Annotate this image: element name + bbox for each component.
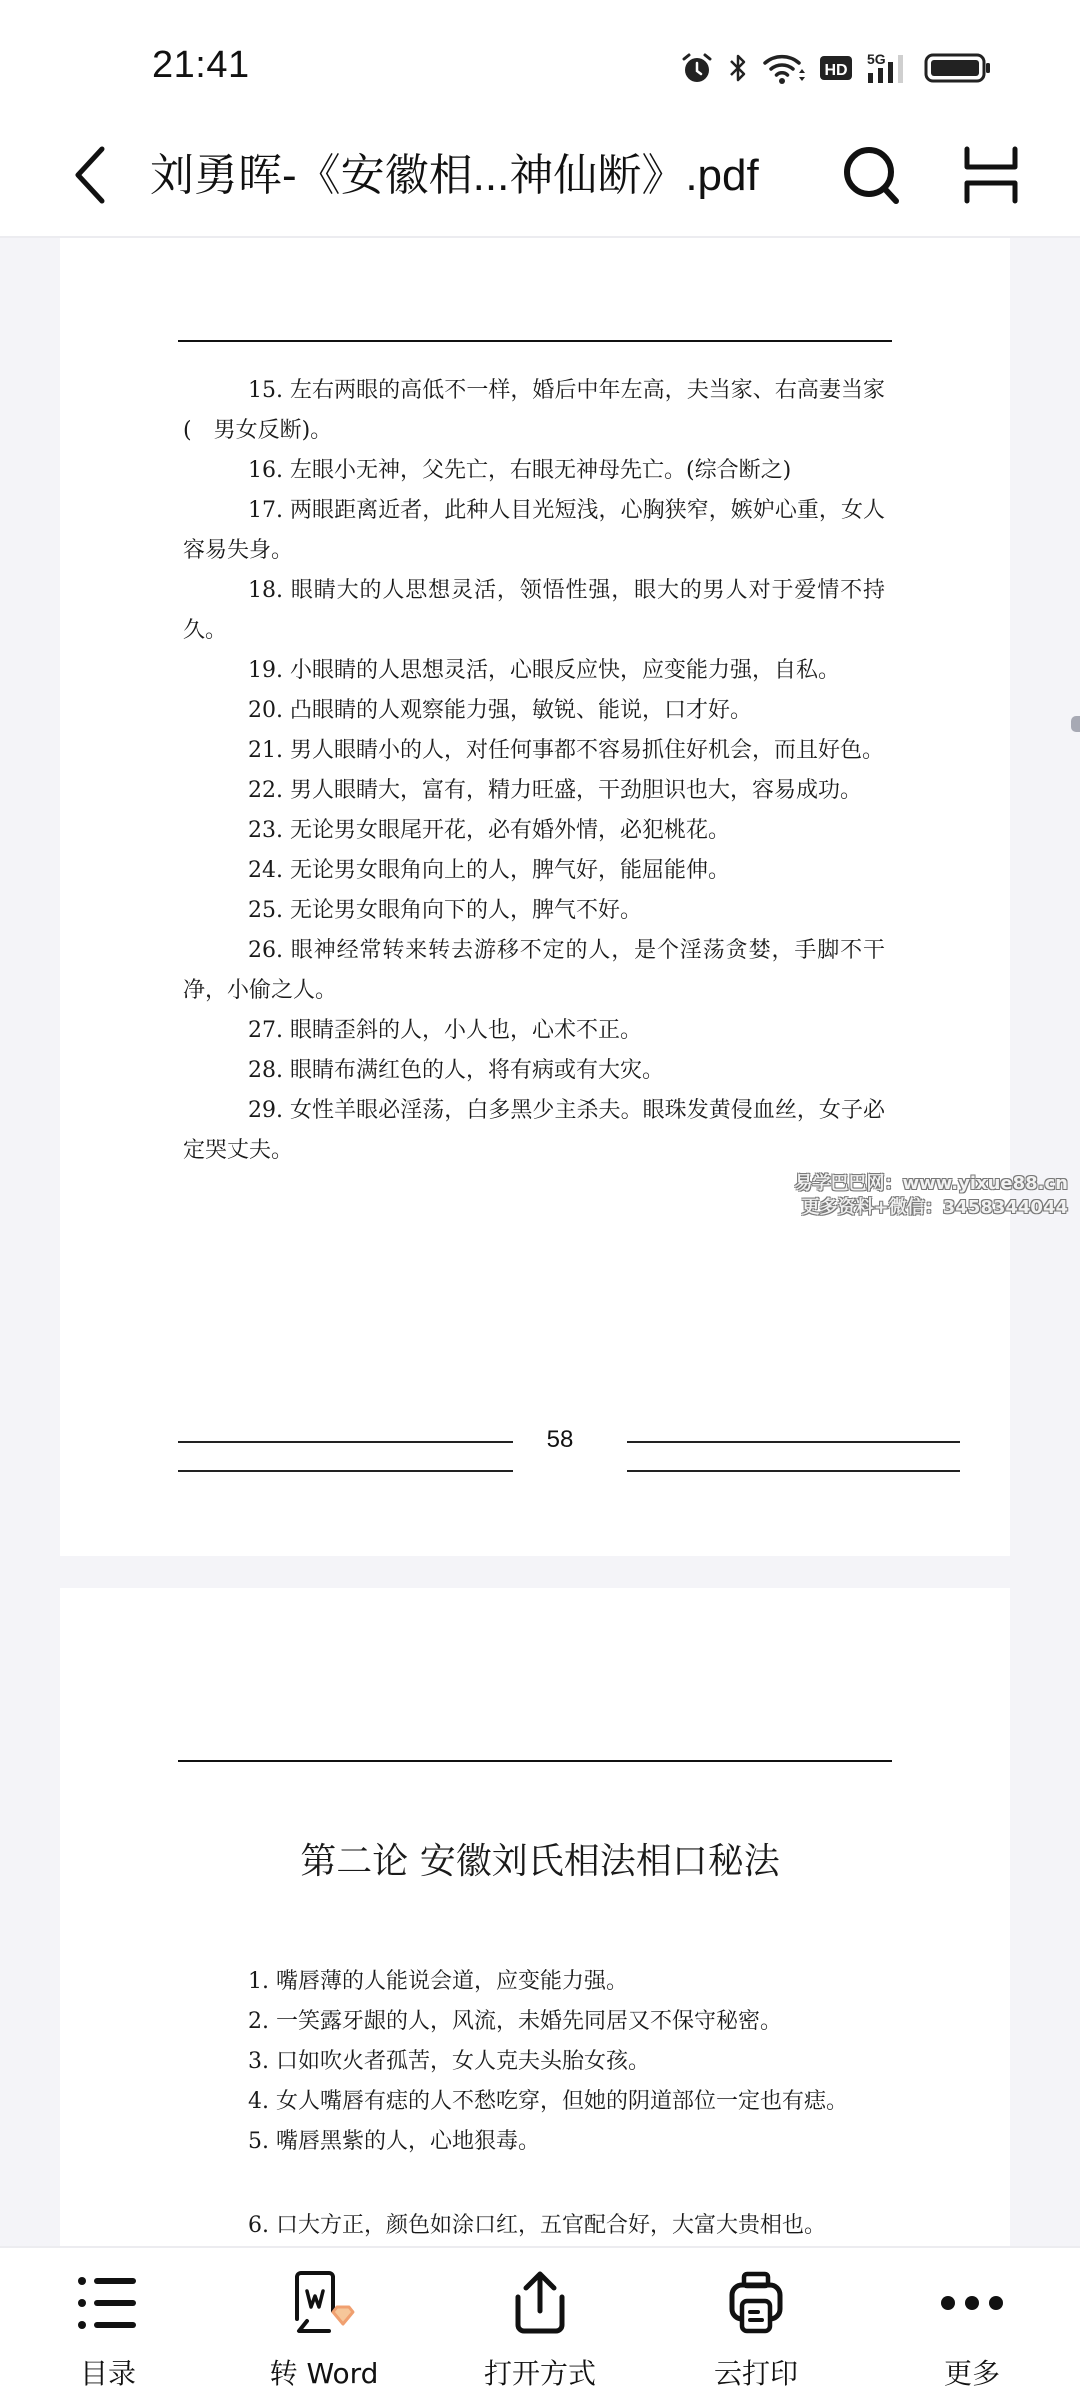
hd-icon: HD <box>820 54 852 82</box>
header-rule <box>178 340 892 342</box>
more-label: 更多 <box>944 2352 1000 2392</box>
watermark: 易学巴巴网：www.yixue88.cn 更多资料+微信：3458344044 <box>795 1172 1068 1220</box>
bottom-toolbar: 目录 转 Word 打开方式 云打印 更多 <box>0 2246 1080 2400</box>
paragraph: 27. 眼睛歪斜的人，小人也，心术不正。 <box>183 1011 885 1051</box>
paragraph: 18. 眼睛大的人思想灵活，领悟性强，眼大的男人对于爱情不持久。 <box>183 571 885 651</box>
title-bar: 刘勇晖-《安徽相...神仙断》.pdf <box>0 120 1080 238</box>
cloud-print-label: 云打印 <box>714 2352 798 2392</box>
toc-label: 目录 <box>80 2352 136 2392</box>
cloud-print-button[interactable]: 云打印 <box>648 2248 864 2400</box>
alarm-icon <box>680 51 714 85</box>
paragraph: 16. 左眼小无神，父先亡，右眼无神母先亡。(综合断之) <box>183 451 885 491</box>
list-item: 2. 一笑露牙龈的人，风流，未婚先同居又不保守秘密。 <box>248 2002 948 2042</box>
list-group: 6. 口大方正，颜色如涂口红，五官配合好，大富大贵相也。 <box>248 2206 948 2246</box>
svg-text:5G: 5G <box>867 51 886 67</box>
open-with-button[interactable]: 打开方式 <box>432 2248 648 2400</box>
reading-mode-icon <box>961 145 1021 209</box>
footer-rule <box>178 1470 513 1472</box>
document-viewer[interactable]: 15. 左右两眼的高低不一样，婚后中年左高，夫当家、右高妻当家( 男女反断)。 … <box>0 238 1080 2246</box>
svg-text:HD: HD <box>824 62 847 79</box>
paragraph: 23. 无论男女眼尾开花，必有婚外情，必犯桃花。 <box>183 811 885 851</box>
list-icon <box>73 2268 143 2338</box>
paragraph: 20. 凸眼睛的人观察能力强，敏锐、能说，口才好。 <box>183 691 885 731</box>
share-icon <box>505 2268 575 2338</box>
battery-icon <box>924 51 992 85</box>
list-item: 1. 嘴唇薄的人能说会道，应变能力强。 <box>248 1962 948 2002</box>
toc-button[interactable]: 目录 <box>0 2248 216 2400</box>
paragraph: 17. 两眼距离近者，此种人目光短浅，心胸狭窄，嫉妒心重，女人容易失身。 <box>183 491 885 571</box>
5g-signal-icon: 5G <box>866 51 910 85</box>
page-body: 15. 左右两眼的高低不一样，婚后中年左高，夫当家、右高妻当家( 男女反断)。 … <box>183 371 885 1171</box>
list-item: 4. 女人嘴唇有痣的人不愁吃穿，但她的阴道部位一定也有痣。 <box>248 2082 948 2122</box>
watermark-line: 易学巴巴网：www.yixue88.cn <box>795 1172 1068 1196</box>
paragraph: 19. 小眼睛的人思想灵活，心眼反应快，应变能力强，自私。 <box>183 651 885 691</box>
list-item: 3. 口如吹火者孤苦，女人克夫头胎女孩。 <box>248 2042 948 2082</box>
more-icon <box>937 2268 1007 2338</box>
list-item: 5. 嘴唇黑紫的人，心地狠毒。 <box>248 2122 948 2162</box>
printer-icon <box>721 2268 791 2338</box>
back-button[interactable] <box>60 142 120 212</box>
page-number: 58 <box>530 1426 590 1454</box>
paragraph: 22. 男人眼睛大，富有，精力旺盛，干劲胆识也大，容易成功。 <box>183 771 885 811</box>
open-with-label: 打开方式 <box>484 2352 596 2392</box>
paragraph: 21. 男人眼睛小的人，对任何事都不容易抓住好机会，而且好色。 <box>183 731 885 771</box>
paragraph: 25. 无论男女眼角向下的人，脾气不好。 <box>183 891 885 931</box>
convert-word-button[interactable]: 转 Word <box>216 2248 432 2400</box>
header-rule <box>178 1760 892 1762</box>
document-title: 刘勇晖-《安徽相...神仙断》.pdf <box>150 144 759 208</box>
footer-rule <box>178 1441 513 1443</box>
scrollbar-thumb[interactable] <box>1071 716 1080 732</box>
convert-word-icon <box>289 2268 359 2338</box>
watermark-line: 更多资料+微信：3458344044 <box>795 1196 1068 1220</box>
paragraph: 26. 眼神经常转来转去游移不定的人，是个淫荡贪婪，手脚不干净，小偷之人。 <box>183 931 885 1011</box>
paragraph: 24. 无论男女眼角向上的人，脾气好，能屈能伸。 <box>183 851 885 891</box>
paragraph: 15. 左右两眼的高低不一样，婚后中年左高，夫当家、右高妻当家( 男女反断)。 <box>183 371 885 451</box>
more-button[interactable]: 更多 <box>864 2248 1080 2400</box>
footer-rule <box>627 1441 960 1443</box>
status-bar: 21:41 HD 5G <box>0 0 1080 120</box>
list-group: 1. 嘴唇薄的人能说会道，应变能力强。 2. 一笑露牙龈的人，风流，未婚先同居又… <box>248 1962 948 2162</box>
search-icon <box>840 144 902 210</box>
section-title: 第二论 安徽刘氏相法相口秘法 <box>60 1833 1010 1884</box>
wifi-icon <box>762 51 806 85</box>
list-item: 6. 口大方正，颜色如涂口红，五官配合好，大富大贵相也。 <box>248 2206 948 2246</box>
reading-mode-button[interactable] <box>956 142 1026 212</box>
paragraph: 28. 眼睛布满红色的人，将有病或有大灾。 <box>183 1051 885 1091</box>
footer-rule <box>627 1470 960 1472</box>
paragraph: 29. 女性羊眼必淫荡，白多黑少主杀夫。眼珠发黄侵血丝，女子必定哭丈夫。 <box>183 1091 885 1171</box>
pdf-page: 15. 左右两眼的高低不一样，婚后中年左高，夫当家、右高妻当家( 男女反断)。 … <box>60 238 1010 1556</box>
pdf-page: 第二论 安徽刘氏相法相口秘法 1. 嘴唇薄的人能说会道，应变能力强。 2. 一笑… <box>60 1588 1010 2246</box>
search-button[interactable] <box>836 142 906 212</box>
bluetooth-icon <box>728 51 748 85</box>
convert-word-label: 转 Word <box>270 2352 379 2392</box>
status-icons: HD 5G <box>680 48 992 88</box>
chevron-left-icon <box>70 145 110 209</box>
status-time: 21:41 <box>152 44 250 87</box>
